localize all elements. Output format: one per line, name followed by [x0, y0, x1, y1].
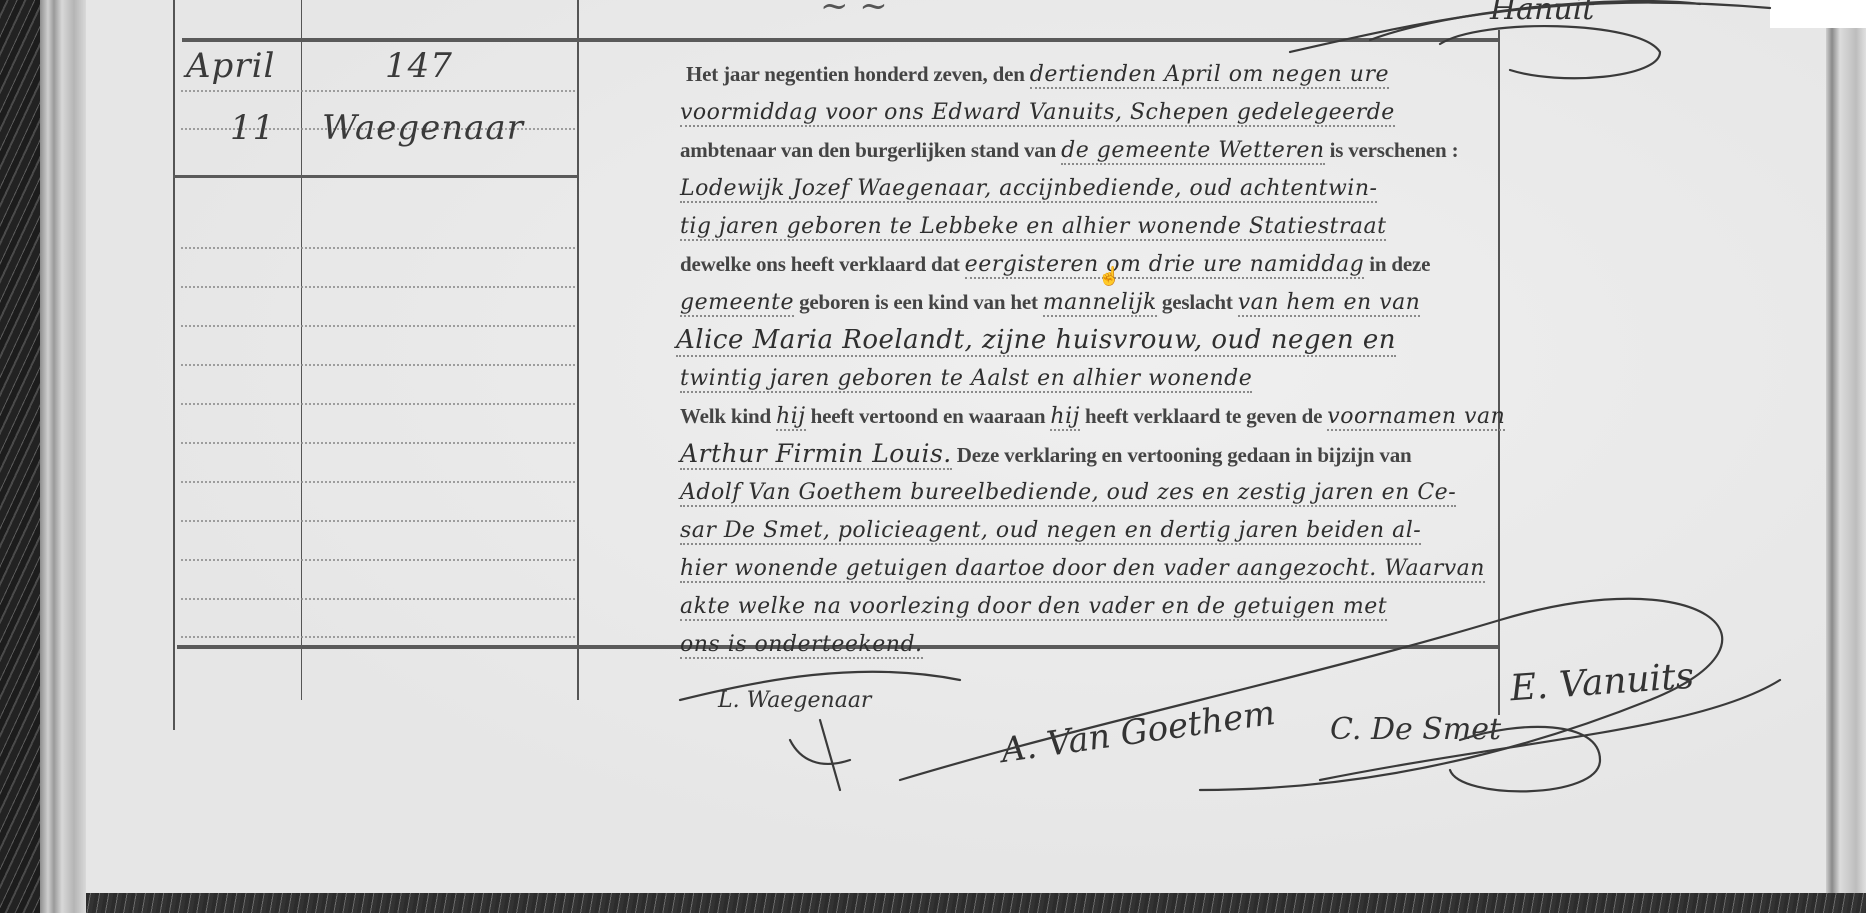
- hand-pointer-icon: ☝: [1098, 266, 1120, 287]
- signature-flourish-icon: [0, 0, 1866, 913]
